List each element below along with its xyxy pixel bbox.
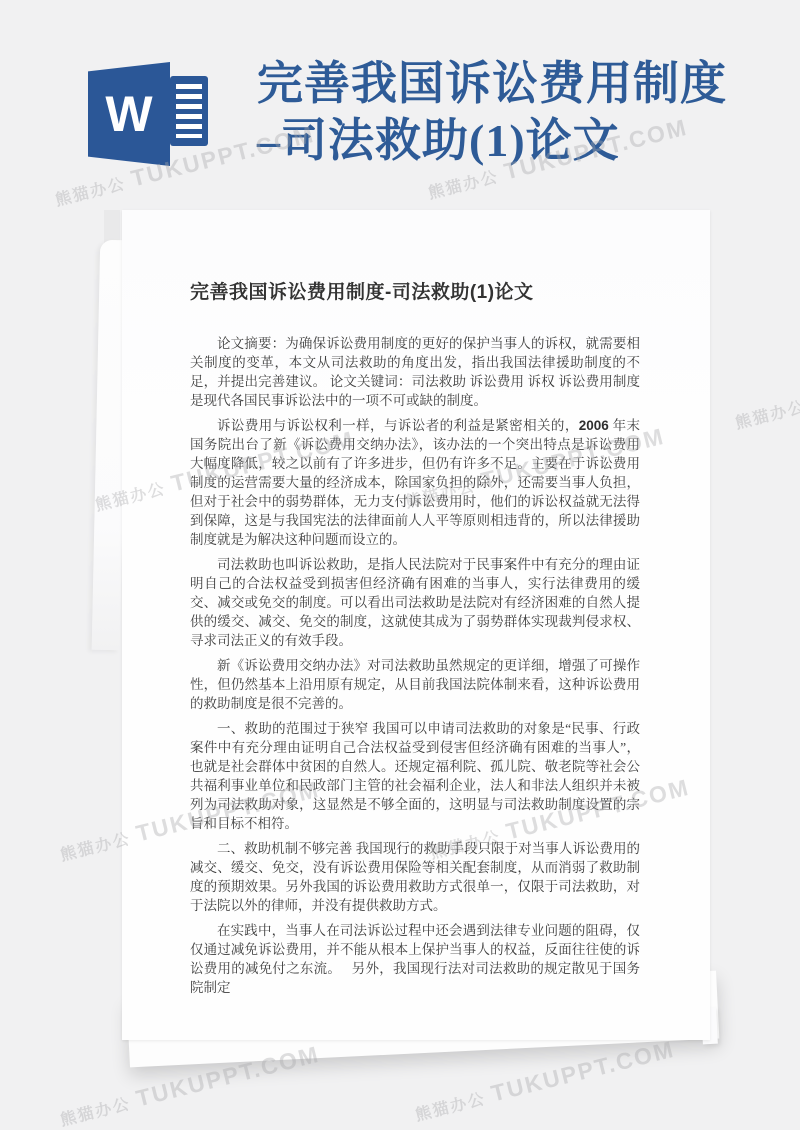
watermark-cn-text: 熊猫办公 [732, 394, 800, 434]
paragraph: 司法救助也叫诉讼救助，是指人民法院对于民事案件中有充分的理由证明自己的合法权益受… [190, 555, 640, 650]
document-content: 完善我国诉讼费用制度-司法救助(1)论文 论文摘要：为确保诉讼费用制度的更好的保… [122, 210, 710, 997]
word-icon-letter: W [105, 89, 152, 139]
word-icon-panel: W [88, 62, 170, 166]
preview-title: 完善我国诉讼费用制度 –司法救助(1)论文 [257, 55, 727, 169]
paragraph: 诉讼费用与诉讼权利一样，与诉讼者的利益是紧密相关的，2006 年末国务院出台了新… [190, 416, 640, 549]
preview-header: W 完善我国诉讼费用制度 –司法救助(1)论文 [0, 0, 800, 210]
document-body: 论文摘要：为确保诉讼费用制度的更好的保护当事人的诉权，就需要相关制度的变革，本文… [190, 334, 640, 997]
paragraph: 在实践中，当事人在司法诉讼过程中还会遇到法律专业问题的阻碍，仅仅通过减免诉讼费用… [190, 921, 640, 997]
paragraph: 二、救助机制不够完善 我国现行的救助手段只限于对当事人诉讼费用的减交、缓交、免交… [190, 839, 640, 915]
word-file-icon: W [88, 62, 208, 166]
watermark-cn-text: 熊猫办公 [412, 1086, 487, 1126]
watermark-cn-text: 熊猫办公 [57, 1091, 132, 1130]
document-page: 完善我国诉讼费用制度-司法救助(1)论文 论文摘要：为确保诉讼费用制度的更好的保… [122, 210, 710, 1040]
document-title: 完善我国诉讼费用制度-司法救助(1)论文 [190, 281, 640, 305]
preview-title-line1: 完善我国诉讼费用制度 [257, 55, 727, 112]
paragraph: 论文摘要：为确保诉讼费用制度的更好的保护当事人的诉权，就需要相关制度的变革，本文… [190, 334, 640, 410]
document-preview-page: { "watermark": { "cn": "熊猫办公", "en": "TU… [0, 0, 800, 1130]
paragraph: 一、救助的范围过于狭窄 我国可以申请司法救助的对象是“民事、行政案件中有充分理由… [190, 719, 640, 833]
watermark: 熊猫办公TUKUPPT.COM [732, 344, 800, 435]
word-icon-sheet [170, 76, 208, 146]
paragraph: 新《诉讼费用交纳办法》对司法救助虽然规定的更详细，增强了可操作性，但仍然基本上沿… [190, 656, 640, 713]
preview-title-line2: –司法救助(1)论文 [257, 112, 727, 169]
